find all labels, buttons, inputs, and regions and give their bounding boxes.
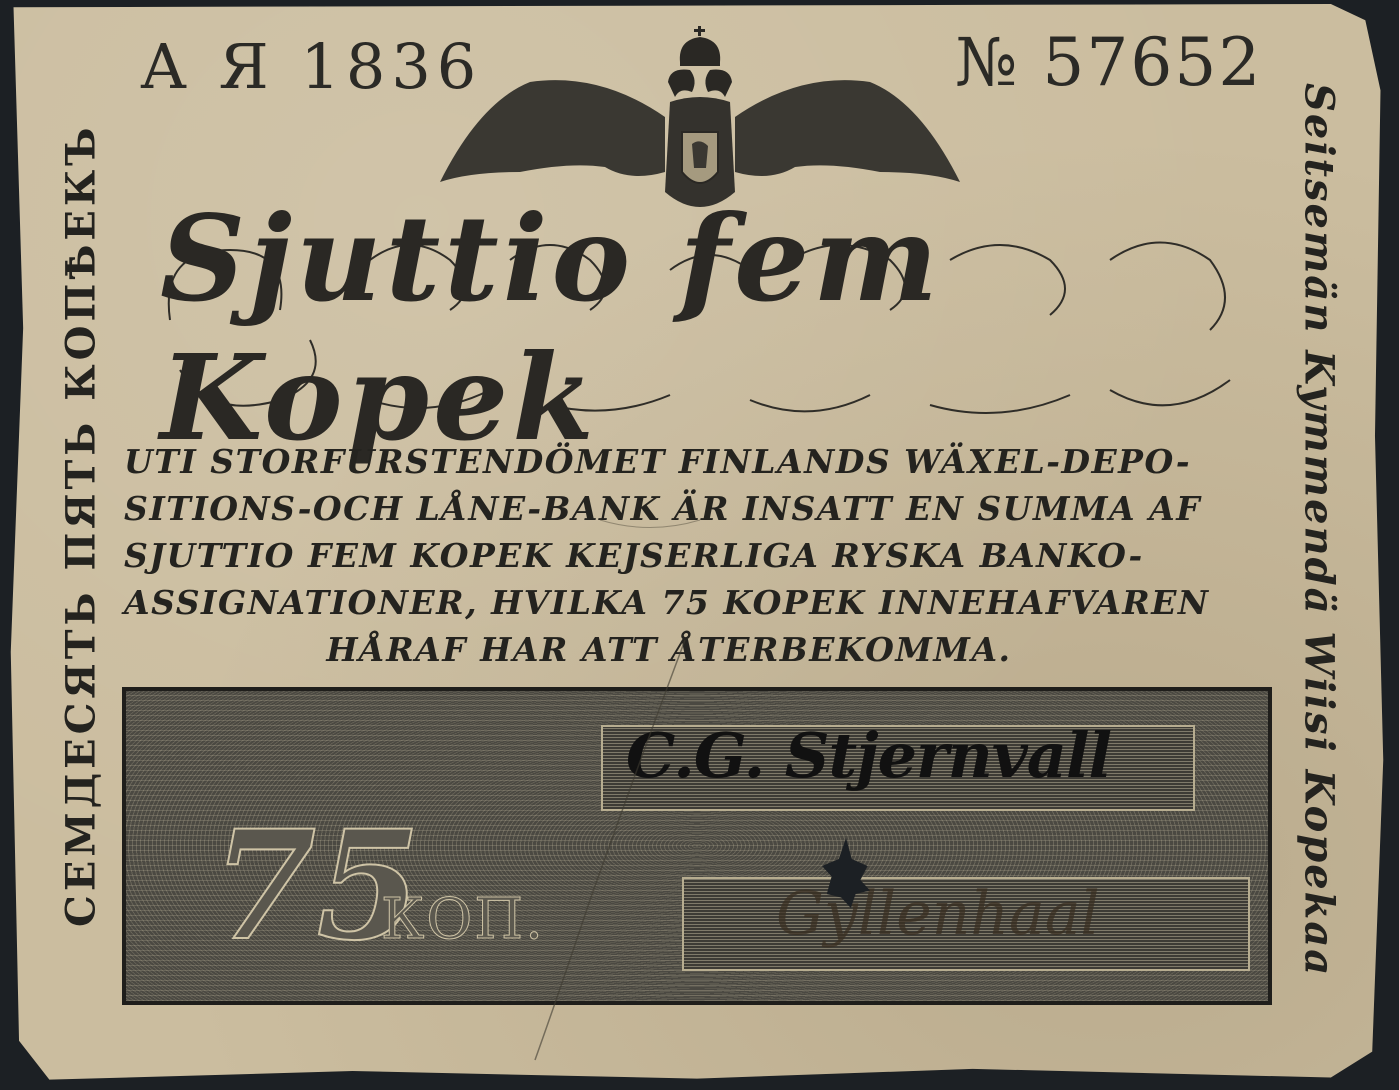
serial-number: № 57652 xyxy=(955,24,1262,101)
body-line: HÅRAF HAR ATT ÅTERBEKOMMA. xyxy=(124,626,1274,673)
body-line: SITIONS-OCH LÅNE-BANK ÄR INSATT EN SUMMA… xyxy=(124,485,1274,532)
guilloche-panel: C.G. Stjernvall Gyllenhaal 75 КОП. xyxy=(122,687,1272,1005)
body-line: UTI STORFURSTENDÖMET FINLANDS WÄXEL-DEPO… xyxy=(124,438,1274,485)
body-line: SJUTTIO FEM KOPEK KEJSERLIGA RYSKA BANKO… xyxy=(124,532,1274,579)
denomination-title: Sjuttio fem Kopek xyxy=(160,228,1240,428)
body-line: ASSIGNATIONER, HVILKA 75 KOPEK INNEHAFVA… xyxy=(124,579,1274,626)
denomination-unit: КОП. xyxy=(381,887,545,952)
side-text-russian: СЕМДЕСЯТЬ ПЯТЬ КОПѢЕКЪ xyxy=(60,40,102,1010)
side-text-finnish: Seitsemän Kymmendä Wiisi Kopekaa xyxy=(1294,40,1344,1020)
signature-1: C.G. Stjernvall xyxy=(626,719,1111,792)
body-text: UTI STORFURSTENDÖMET FINLANDS WÄXEL-DEPO… xyxy=(124,438,1274,673)
signature-2: Gyllenhaal xyxy=(776,879,1100,949)
